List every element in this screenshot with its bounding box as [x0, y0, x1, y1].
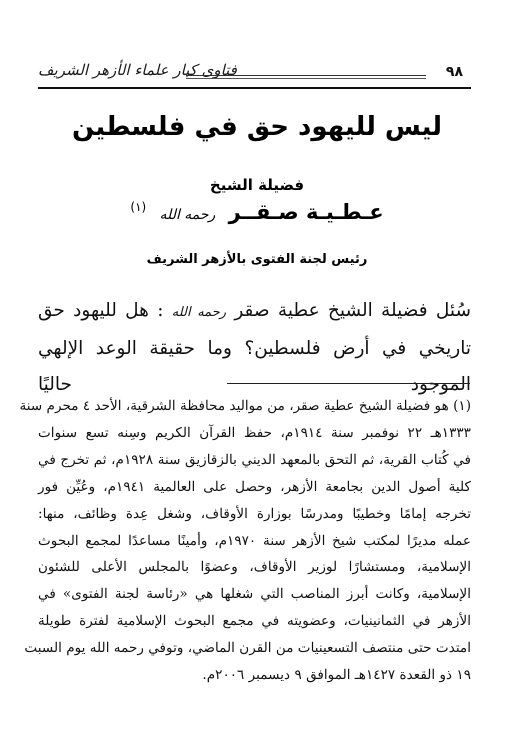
honorific: رحمه الله: [160, 207, 216, 223]
sheikh-name-line: عـطـيـة صـقــر رحمه الله (١): [0, 200, 514, 224]
honorific-inline: رحمه الله: [172, 305, 226, 320]
page-number: ٩٨: [446, 64, 463, 80]
footnote-line: الإسلامية، ومستشارًا لوزير الأوقاف، وعضو…: [38, 554, 471, 581]
header-rule-thick: [38, 87, 471, 89]
footnote-line: كلية أصول الدين بجامعة الأزهر، وحصل على …: [38, 474, 471, 501]
footnote-reference[interactable]: (١): [130, 200, 146, 214]
footnote: (١) هو فضيلة الشيخ عطية صقر، من مواليد م…: [38, 393, 471, 689]
footnote-line: عمله مديرًا لمكتب شيخ الأزهر سنة ١٩٧٠م، …: [38, 528, 471, 555]
footnote-separator: [227, 383, 470, 384]
footnote-line: الإسلامية، وكانت أبرز المناصب التي شغلها…: [38, 581, 471, 608]
footnote-line: ١٩ ذو القعدة ١٤٢٧هـ الموافق ٩ ديسمبر ٢٠٠…: [38, 662, 471, 689]
footnote-line: تخرجه إمامًا وخطيبًا ومدرسًا بوزارة الأو…: [38, 501, 471, 528]
sheikh-position: رئيس لجنة الفتوى بالأزهر الشريف: [0, 252, 514, 267]
footnote-line: امتدت حتى منتصف التسعينيات من القرن الما…: [38, 635, 471, 662]
footnote-line: في كُتاب القرية، ثم التحق بالمعهد الديني…: [38, 447, 471, 474]
footnote-line: ١٣٣٣هـ ٢٢ نوفمبر سنة ١٩١٤م، حفظ القرآن ا…: [38, 420, 471, 447]
footnote-line: الأزهر في الثمانينيات، وعضويته في مجمع ا…: [38, 608, 471, 635]
header-rule-thin: [186, 75, 426, 79]
question-paragraph: سُئل فضيلة الشيخ عطية صقر رحمه الله : هل…: [38, 293, 471, 403]
question-text-a: سُئل فضيلة الشيخ عطية صقر: [234, 300, 471, 321]
sheikh-title: فضيلة الشيخ: [0, 176, 514, 194]
footnote-line: (١) هو فضيلة الشيخ عطية صقر، من مواليد م…: [38, 393, 471, 420]
article-title: ليس لليهود حق في فلسطين: [0, 112, 514, 142]
sheikh-name: عـطـيـة صـقــر: [229, 200, 384, 224]
running-header: فتاوى كبار علماء الأزهر الشريف ٩٨: [38, 58, 471, 92]
question-text-b: : هل لليهود حق: [38, 300, 163, 321]
question-line-1: سُئل فضيلة الشيخ عطية صقر رحمه الله : هل…: [38, 293, 471, 331]
